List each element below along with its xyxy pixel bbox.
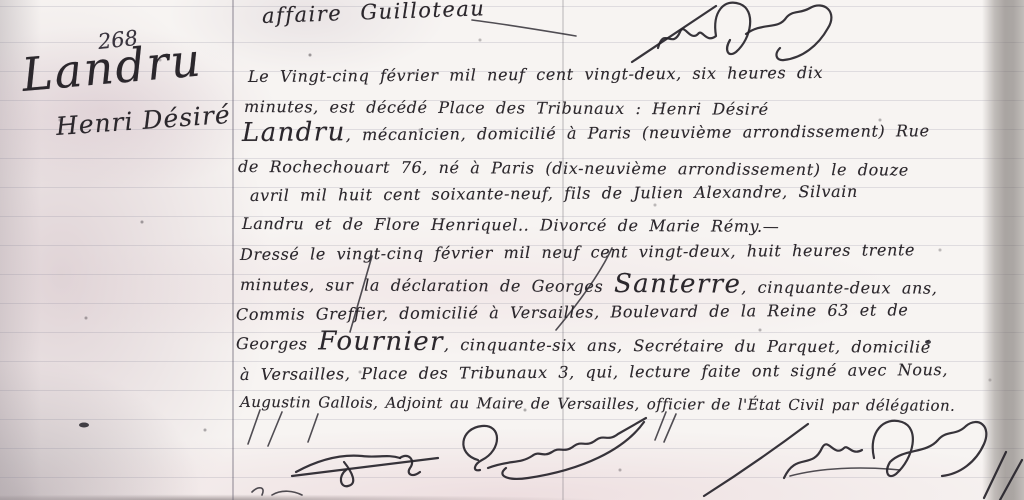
- line-text: Georges: [236, 334, 318, 353]
- line-text: , cinquante-six ans, Secrétaire du Parqu…: [444, 335, 931, 357]
- line-text: avril mil huit cent soixante-neuf, fils …: [250, 182, 858, 205]
- margin-given-names: Henri Désiré: [55, 100, 232, 141]
- line-text: Dressé le vingt-cinq février mil neuf ce…: [240, 240, 915, 264]
- line-text: , mécanicien, domicilié à Paris (neuvièm…: [346, 121, 930, 144]
- deceased-name: Landru: [242, 117, 346, 148]
- line-text: minutes, sur la déclaration de Georges: [240, 275, 614, 296]
- body-line-7: Dressé le vingt-cinq février mil neuf ce…: [240, 235, 915, 270]
- signature-santerre-icon: [288, 432, 463, 494]
- death-record-scan: 268 Landru Henri Désiré affaire Guillote…: [0, 0, 1024, 500]
- margin-surname: Landru: [20, 32, 205, 102]
- page-edge-shadow: [982, 0, 1024, 500]
- body-line-11: à Versailles, Place des Tribunaux 3, qui…: [240, 355, 948, 390]
- declarant-2-name: Fournier: [318, 326, 444, 357]
- margin-vertical-rule: [232, 0, 234, 500]
- line-text: à Versailles, Place des Tribunaux 3, qui…: [240, 360, 948, 384]
- line-text: Landru et de Flore Henriquel.. Divorcé d…: [242, 214, 779, 236]
- body-line-9: Commis Greffier, domicilié à Versailles,…: [236, 295, 909, 330]
- declarant-1-name: Santerre: [614, 269, 741, 300]
- header-flourish-icon: [470, 14, 580, 40]
- body-line-12: Augustin Gallois, Adjoint au Maire de Ve…: [240, 387, 955, 421]
- body-line-5: avril mil huit cent soixante-neuf, fils …: [250, 177, 858, 211]
- line-text: Augustin Gallois, Adjoint au Maire de Ve…: [240, 393, 955, 415]
- line-text: Le Vingt-cinq février mil neuf cent ving…: [248, 63, 823, 86]
- line-text: Commis Greffier, domicilié à Versailles,…: [236, 300, 909, 324]
- signature-fournier-icon: [436, 414, 671, 494]
- body-line-1: Le Vingt-cinq février mil neuf cent ving…: [248, 58, 823, 92]
- body-line-10: Georges Fournier, cinquante-six ans, Sec…: [236, 326, 931, 360]
- case-annotation: affaire Guilloteau: [262, 0, 486, 28]
- official-signature-bottom-icon: [688, 408, 1024, 500]
- body-line-3: Landru, mécanicien, domicilié à Paris (n…: [242, 113, 930, 148]
